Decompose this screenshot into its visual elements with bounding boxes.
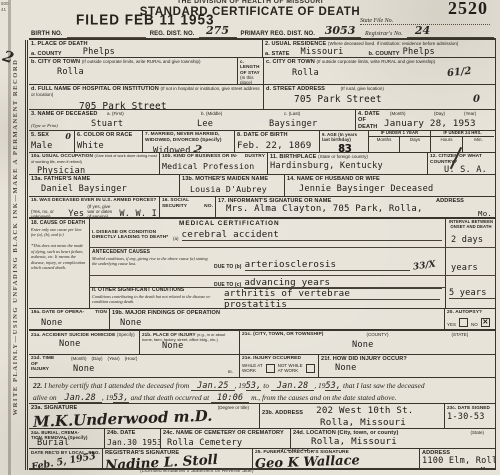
date-of-death-label: 4. DATEOFDEATH <box>358 111 380 130</box>
row-burial: 24a. BURIAL, CREMA-TION, REMOVAL (Specif… <box>29 429 496 449</box>
cause-of-death-label: 18. CAUSE OF DEATH <box>31 221 87 227</box>
birth-no-label: BIRTH NO. <box>31 31 63 38</box>
attended-to-date: Jan.28 <box>271 380 314 391</box>
hospital-value: 705 Park Street <box>79 101 261 109</box>
field-how-injury-occurred: 21f. HOW DID INJURY OCCUR? None <box>319 355 496 377</box>
other-conditions-note: Conditions contributing to the death but… <box>92 294 212 305</box>
residence-state-value: Missouri <box>301 47 344 57</box>
filed-date-stamp: FILED FEB 11 1953 <box>76 11 215 27</box>
field-age: 9. AGE (In years last birthday) 83 <box>320 131 369 152</box>
not-while-at-work-checkbox <box>306 364 315 373</box>
operation-findings-value: None <box>120 318 442 328</box>
race-label: 6. COLOR OR RACE <box>77 132 140 138</box>
birthplace-label: 11. BIRTHPLACE (State or foreign country… <box>270 154 425 160</box>
age-value: 83 <box>338 142 366 152</box>
burial-date-label: 24b. DATE <box>107 430 158 436</box>
mother-name-value: Lousia D'Aubrey <box>190 184 282 194</box>
cause-b-value: arteriosclerosis <box>245 259 411 271</box>
marital-value: Widowed <box>153 146 191 152</box>
length-of-stay-hint: (In this place) <box>240 75 261 84</box>
residence-city-label: c. CITY OR TOWN (If outside corporate li… <box>266 59 494 65</box>
time-of-death-value: 10:06 <box>211 392 249 403</box>
row-city-town: b. CITY OR TOWN (If outside corporate li… <box>29 58 496 85</box>
certify-line-2: alive on Jan.28, 1953, and that death oc… <box>33 392 492 402</box>
autopsy-no-label: NO <box>471 322 478 327</box>
other-conditions-block: II. OTHER SIGNIFICANT CONDITIONS Conditi… <box>92 288 212 304</box>
time-of-injury-value: None <box>73 364 95 374</box>
field-marital-status: 7. MARRIED, NEVER MARRIED, WIDOWED, DIVO… <box>143 131 235 152</box>
certify-line-1: 22. I hereby certify that I attended the… <box>33 380 492 390</box>
field-autopsy: 20. AUTOPSY? YES NO ✕ <box>445 309 496 329</box>
field-armed-forces: 15. WAS DECEASED EVER IN U.S. ARMED FORC… <box>29 197 160 217</box>
interval-a-value: 2 days <box>451 235 483 245</box>
date-of-death-value: January 28, 1953 <box>384 118 476 129</box>
hospital-label: d. FULL NAME OF HOSPITAL OR INSTITUTION … <box>31 86 261 99</box>
time-of-injury-hints: (Month) (Day) (Year) (Hour) <box>71 356 137 361</box>
dod-month-hint: (Month) <box>390 111 406 116</box>
margin-vertical-text: WRITE PLAINLY—USING UNFADING BLACK INK—M… <box>12 5 19 469</box>
armed-forces-value: Yes <box>68 209 84 217</box>
primary-reg-dist-value: 3053 <box>319 24 361 38</box>
field-deceased-name: 3. NAME OF DECEASED (Type or Print) a. (… <box>29 110 356 130</box>
field-funeral-director-signature: 3-20-53 25. FUNERAL DIRECTOR'S SIGNATURE… <box>253 449 420 468</box>
line-under-b <box>89 275 496 276</box>
middle-name-value: Lee <box>197 119 213 129</box>
cause-b-handwritten: 33/X <box>413 259 437 272</box>
field-hospital: d. FULL NAME OF HOSPITAL OR INSTITUTION … <box>29 85 264 109</box>
field-accident-suicide: 21a. ACCIDENT SUICIDE HOMICIDE (Specify)… <box>29 331 140 354</box>
residence-state-label: a. STATE <box>265 51 290 57</box>
residence-county-value: Phelps <box>403 47 435 57</box>
first-name-hint: a. (First) <box>107 111 124 116</box>
field-industry: 10b. KIND OF BUSINESS OR IN-DUSTRY Medic… <box>160 153 268 174</box>
occupation-value: Physician <box>37 166 157 174</box>
field-spouse-name: 14. NAME OF HUSBAND OR WIFE Jennie Baysi… <box>285 175 496 196</box>
last-name-hint: c. (Last) <box>284 111 300 116</box>
reg-dist-label: REG. DIST. NO. <box>150 31 195 38</box>
attended-to-year: 53, <box>325 380 341 391</box>
field-injury-city: 21c. (CITY, TOWN, OR TOWNSHIP) (COUNTY) … <box>240 331 496 354</box>
row-injury-1: 21a. ACCIDENT SUICIDE HOMICIDE (Specify)… <box>29 331 496 355</box>
field-place-of-death: 1. PLACE OF DEATH a. COUNTY Phelps <box>29 40 263 57</box>
attended-from-date: Jan.25 <box>191 380 234 391</box>
a-tag: (a) <box>173 236 179 241</box>
field-length-of-stay: c. LENGTH OF STAY (In this place) <box>238 58 264 84</box>
physician-address-line1: 202 West 10th St. <box>316 405 413 416</box>
cause-line-a: I. DISEASE OR CONDITIONDIRECTLY LEADING … <box>92 229 442 241</box>
handwritten-date-mark: 3-20-53 <box>279 449 309 453</box>
burial-date-value: Jan.30 1953 <box>107 438 158 447</box>
informant-value-2: Mo. <box>478 209 492 217</box>
physician-address-label: 23b. ADDRESS <box>262 410 303 416</box>
autopsy-no-checkbox: ✕ <box>481 318 490 327</box>
field-date-of-birth: 8. DATE OF BIRTH Feb. 22, 1869 <box>235 131 320 152</box>
attended-from-year: 53, <box>246 380 262 391</box>
funeral-address-value2: Mo. <box>422 466 494 468</box>
reg-dist-value: 275 <box>199 24 237 38</box>
date-signed-value: 1-30-53 <box>447 412 494 422</box>
sex-value: Male <box>31 141 72 151</box>
residence-city-value: Rolla <box>292 68 319 78</box>
funeral-address-value: 1100 Elm, Rolla, <box>422 456 494 466</box>
occupation-label: 10a. USUAL OCCUPATION (Give kind of work… <box>31 154 157 165</box>
field-informant: 17. INFORMANT'S SIGNATURE OR NAME ADDRES… <box>216 197 496 217</box>
deceased-name-hint: (Type or Print) <box>31 123 58 128</box>
cause-of-death-note: Enter only one cause per line for (a), (… <box>31 227 87 238</box>
antecedent-block: ANTECEDENT CAUSES Morbid conditions, if … <box>92 250 212 266</box>
field-birthplace: 11. BIRTHPLACE (State or foreign country… <box>268 153 428 174</box>
row-place-residence: 1. PLACE OF DEATH a. COUNTY Phelps 2. US… <box>29 40 496 58</box>
field-date-received: DATE REC'D BY LOCAL REG. Feb. 5, 1953 <box>29 449 103 468</box>
operation-findings-label: 19b. MAJOR FINDINGS OF OPERATION <box>112 310 442 316</box>
death-city-label: b. CITY OR TOWN (If outside corporate li… <box>31 59 235 65</box>
corner-mark-41: 41 <box>1 7 9 13</box>
days-label: Days <box>400 137 430 152</box>
operation-date-value: None <box>41 318 107 328</box>
cause-margin-note: *This does not mean the mode of dying, s… <box>31 243 87 270</box>
row-injury-2: 21d. TIMEOFINJURY (Month) (Day) (Year) (… <box>29 355 496 378</box>
field-usual-residence: 2. USUAL RESIDENCE (Where deceased lived… <box>263 40 496 57</box>
industry-label: 10b. KIND OF BUSINESS OR IN-DUSTRY <box>162 154 265 160</box>
cause-a-value: cerebral accident <box>182 229 443 241</box>
cause-line-b: DUE TO (b) arteriosclerosis 33/X <box>214 259 442 271</box>
field-ssn: 16. SOCIAL SECURITY NO. <box>160 197 216 217</box>
form-left-double-border <box>25 40 28 470</box>
dob-label: 8. DATE OF BIRTH <box>237 132 317 138</box>
autopsy-yes-checkbox <box>459 318 468 327</box>
informant-address-label: ADDRESS <box>436 198 464 204</box>
father-name-value: Daniel Baysinger <box>41 184 177 194</box>
interval-b-value: years <box>451 263 478 273</box>
death-city-value: Rolla <box>57 67 235 77</box>
field-citizenship: 12. CITIZEN OF WHAT COUNTRY? U. S. A. <box>428 153 496 174</box>
field-father-name: 13a. FATHER'S NAME Daniel Baysinger <box>29 175 180 196</box>
row-certification-statement: 22. I hereby certify that I attended the… <box>29 378 496 404</box>
field-injury-occurred: 21e. INJURY OCCURRED WHILE ATWORK NOT WH… <box>240 355 319 377</box>
age-label: 9. AGE (In years last birthday) <box>322 132 366 142</box>
dod-day-hint: (Day) <box>434 111 445 116</box>
state-file-number: 2520 <box>448 0 488 19</box>
row-vitals: 5. SEX 0 Male 6. COLOR OR RACE White 7. … <box>29 131 496 153</box>
field-sex: 5. SEX 0 Male <box>29 131 75 152</box>
birth-no-blank <box>67 29 146 38</box>
row-hospital-street: d. FULL NAME OF HOSPITAL OR INSTITUTION … <box>29 85 496 110</box>
mother-name-label: 13b. MOTHER'S MAIDEN NAME <box>182 176 282 182</box>
field-date-signed: 23c. DATE SIGNED 1-30-53 <box>445 404 496 428</box>
spouse-name-label: 14. NAME OF HUSBAND OR WIFE <box>287 176 494 182</box>
division-header: THE DIVISION OF HEALTH OF MISSOURI <box>120 0 380 5</box>
field-cemetery: 24c. NAME OF CEMETERY OR CREMATORY Rolla… <box>161 429 291 448</box>
row-name-dod: 3. NAME OF DECEASED (Type or Print) a. (… <box>29 110 496 131</box>
field-physician-address: 23b. ADDRESS 202 West 10th St. Rolla, Mi… <box>260 404 445 428</box>
field-if-under-1-year: IF UNDER 1 YEAR Months Days <box>369 131 431 152</box>
field-operation-date: 19a. DATE OF OPERA-TION None <box>29 309 110 329</box>
row-operation: 19a. DATE OF OPERA-TION None 19b. MAJOR … <box>29 309 496 331</box>
injury-occurred-label: 21e. INJURY OCCURRED <box>242 356 316 362</box>
sex-handwritten-mark: 0 <box>65 131 71 141</box>
field-operation-findings: 19b. MAJOR FINDINGS OF OPERATION None <box>110 309 445 329</box>
cause-column-divider <box>89 219 90 308</box>
field-time-of-injury: 21d. TIMEOFINJURY (Month) (Day) (Year) (… <box>29 355 240 377</box>
scan-edge-smear <box>8 0 11 475</box>
min-label: Min. <box>463 137 494 152</box>
burial-location-value: Rolla, Missouri <box>311 436 494 447</box>
middle-name-hint: b. (Middle) <box>201 111 222 116</box>
street-address-value: 705 Park Street <box>294 94 382 105</box>
how-injury-value: None <box>335 363 494 373</box>
last-seen-date: Jan.28 <box>58 392 101 403</box>
accident-value: None <box>59 339 137 349</box>
interval-other-value: 5 years <box>449 288 495 299</box>
field-date-of-death: 4. DATEOFDEATH (Month) (Day) (Year) Janu… <box>356 110 496 130</box>
dod-year-hint: (Year) <box>464 111 476 116</box>
field-street-address: d. STREET ADDRESS (If rural, give locati… <box>264 85 496 109</box>
cause-of-death-label-block: 18. CAUSE OF DEATH Enter only one cause … <box>31 221 87 270</box>
deceased-name-label: 3. NAME OF DECEASED <box>31 111 98 117</box>
row-family: 13a. FATHER'S NAME Daniel Baysinger 13b.… <box>29 175 496 197</box>
war-value: W. W. I <box>119 209 157 217</box>
row-registrar: DATE REC'D BY LOCAL REG. Feb. 5, 1953 RE… <box>29 449 496 470</box>
while-at-work-label: WHILE ATWORK <box>242 363 263 373</box>
row-physician: 23a. SIGNATURE (Degree or title) M.K.Und… <box>29 404 496 429</box>
field-race: 6. COLOR OR RACE White <box>75 131 143 152</box>
medical-certification-title: MEDICAL CERTIFICATION <box>179 220 280 227</box>
corner-marks: 500 41 <box>1 1 9 14</box>
field-burial-date: 24b. DATE Jan.30 1953 <box>105 429 161 448</box>
first-name-value: Stuart <box>91 119 123 129</box>
cemetery-value: Rolla Cemetery <box>167 438 288 448</box>
injury-county-hint: (COUNTY) <box>366 332 388 337</box>
race-value: White <box>77 141 140 151</box>
spouse-name-value: Jennie Baysinger Deceased <box>299 184 494 194</box>
residence-county-label: b. COUNTY <box>369 51 400 57</box>
field-funeral-director-address: ADDRESS 1100 Elm, Rolla, Mo. <box>420 449 496 468</box>
ssn-label: 16. SOCIAL SECURITY NO. <box>162 198 213 209</box>
registrar-no-label: Registrar's No. <box>365 31 403 38</box>
physician-signature-label: 23a. SIGNATURE <box>31 405 77 411</box>
field-registrar-signature: REGISTRAR'S SIGNATURE Nadine L. Stoll <box>103 449 253 468</box>
accident-label: 21a. ACCIDENT SUICIDE HOMICIDE (Specify) <box>31 332 137 339</box>
last-seen-year: 53, <box>113 392 129 403</box>
usual-residence-hint: (Where deceased lived. If institution: r… <box>328 41 458 46</box>
field-death-city: b. CITY OR TOWN (If outside corporate li… <box>29 58 238 84</box>
last-name-value: Baysinger <box>269 119 317 129</box>
armed-forces-hint2: (If yes, give war or dates of service) <box>87 204 116 217</box>
field-burial-type: 24a. BURIAL, CREMA-TION, REMOVAL (Specif… <box>29 429 105 448</box>
reverse-side-note: (Licensed Embalmer's Statement on Revers… <box>140 468 254 474</box>
field-residence-city: c. CITY OR TOWN (If outside corporate li… <box>264 58 496 84</box>
dob-value: Feb. 22, 1869 <box>237 140 317 151</box>
length-of-stay-label: c. LENGTH OF STAY <box>240 59 261 75</box>
marital-label: 7. MARRIED, NEVER MARRIED, WIDOWED, DIVO… <box>145 132 232 143</box>
autopsy-label: 20. AUTOPSY? <box>447 310 494 316</box>
physician-address-line2: Rolla, Missouri <box>320 417 442 428</box>
disease-condition-label: I. DISEASE OR CONDITIONDIRECTLY LEADING … <box>92 230 170 241</box>
death-certificate-scan: 500 41 2 WRITE PLAINLY—USING UNFADING BL… <box>0 0 500 475</box>
field-burial-location: 24d. LOCATION (City, town, or county) (S… <box>291 429 496 448</box>
while-at-work-checkbox <box>266 364 275 373</box>
operation-date-label: 19a. DATE OF OPERA-TION <box>31 310 107 316</box>
row-occupation: 10a. USUAL OCCUPATION (Give kind of work… <box>29 153 496 175</box>
not-while-at-work-label: NOT WHILEAT WORK <box>278 363 303 373</box>
time-of-injury-label: 21d. TIMEOFINJURY <box>31 356 54 373</box>
injury-state-hint: (STATE) <box>451 332 468 337</box>
how-injury-label: 21f. HOW DID INJURY OCCUR? <box>321 356 494 362</box>
date-signed-label: 23c. DATE SIGNED <box>447 405 494 410</box>
autopsy-yes-label: YES <box>447 322 456 327</box>
line-under-a <box>89 247 496 248</box>
industry-value: Medical Profession <box>162 161 265 171</box>
registration-line: BIRTH NO. REG. DIST. NO. 275 PRIMARY REG… <box>29 27 496 40</box>
time-of-injury-m: m. <box>228 369 233 375</box>
antecedent-note: Morbid conditions, if any, giving rise t… <box>92 256 212 267</box>
interval-header: INTERVAL BETWEEN ONSET AND DEATH <box>447 220 495 230</box>
county-of-death-label: a. COUNTY <box>31 51 62 57</box>
injury-city-value: None <box>352 340 494 350</box>
field-physician-signature: 23a. SIGNATURE (Degree or title) M.K.Und… <box>29 404 260 428</box>
field-occupation: 10a. USUAL OCCUPATION (Give kind of work… <box>29 153 160 174</box>
residence-city-handwritten: 61/2 <box>447 66 473 80</box>
street-address-handwritten: 0 <box>473 94 480 105</box>
street-address-label: d. STREET ADDRESS (If rural, give locati… <box>266 86 494 92</box>
informant-value: Mrs. Alma Clayton, 705 Park, Rolla, <box>226 204 494 214</box>
father-name-label: 13a. FATHER'S NAME <box>31 176 177 182</box>
armed-forces-hint1: (Yes, no, or unknown) <box>31 209 65 217</box>
birthplace-value: Hardinsburg, Kentucky <box>270 161 425 171</box>
citizenship-label: 12. CITIZEN OF WHAT COUNTRY? <box>430 154 494 165</box>
field-mother-name: 13b. MOTHER'S MAIDEN NAME Lousia D'Aubre… <box>180 175 285 196</box>
field-if-under-24-hrs: IF UNDER 24 HRS. Hours Min. <box>431 131 494 152</box>
injury-city-label: 21c. (CITY, TOWN, OR TOWNSHIP) <box>242 332 323 338</box>
row-service-informant: 15. WAS DECEASED EVER IN U.S. ARMED FORC… <box>29 197 496 219</box>
county-of-death-value: Phelps <box>83 47 115 57</box>
field-place-of-injury: 21b. PLACE OF INJURY (e.g., in or about … <box>140 331 240 354</box>
primary-reg-dist-label: PRIMARY REG. DIST. NO. <box>241 31 316 38</box>
due-to-b-label: DUE TO (b) <box>214 265 242 271</box>
burial-state-hint: (State) <box>470 430 484 435</box>
registrar-no-value: 24 <box>407 24 494 38</box>
marital-handwritten-mark: 2 <box>192 142 203 152</box>
medical-certification-block: 18. CAUSE OF DEATH Enter only one cause … <box>29 219 496 309</box>
months-label: Months <box>369 137 400 152</box>
interval-column-divider <box>445 219 446 308</box>
cemetery-label: 24c. NAME OF CEMETERY OR CREMATORY <box>163 430 288 436</box>
